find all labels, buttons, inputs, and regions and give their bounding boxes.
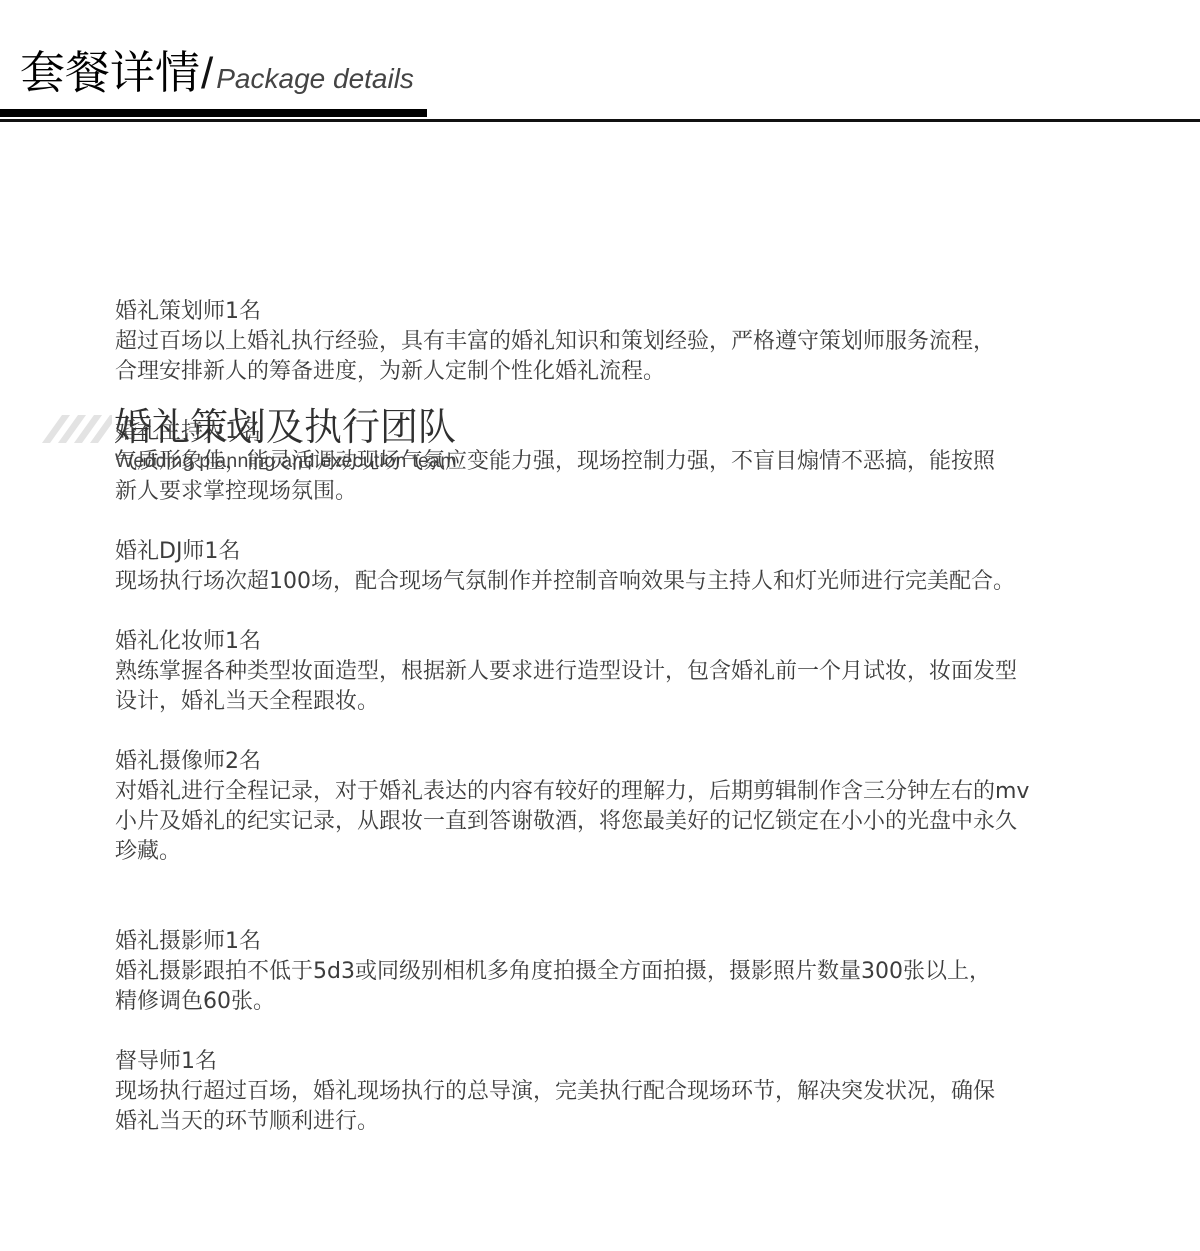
role-description-line: 超过百场以上婚礼执行经验，具有丰富的婚礼知识和策划经验，严格遵守策划师服务流程， [115,327,1175,357]
page-header: 套餐详情 / Package details [0,0,1200,125]
role-title: 督导师1名 [115,1047,1175,1077]
role-title: 婚礼化妆师1名 [115,627,1175,657]
role-item-makeup-artist: 婚礼化妆师1名 熟练掌握各种类型妆面造型，根据新人要求进行造型设计，包含婚礼前一… [115,627,1175,717]
role-description-line: 新人要求掌控现场氛围。 [115,477,1175,507]
role-description-line: 婚礼摄影跟拍不低于5d3或同级别相机多角度拍摄全方面拍摄，摄影照片数量300张以… [115,957,1175,987]
role-item-videographer: 婚礼摄像师2名 对婚礼进行全程记录，对于婚礼表达的内容有较好的理解力，后期剪辑制… [115,747,1175,867]
role-description-line: 珍藏。 [115,837,1175,867]
team-roles-list: 婚礼策划师1名 超过百场以上婚礼执行经验，具有丰富的婚礼知识和策划经验，严格遵守… [115,297,1175,1137]
page-title: 套餐详情 / Package details [20,44,414,102]
page-title-en: Package details [216,50,414,108]
role-item-photographer: 婚礼摄影师1名 婚礼摄影跟拍不低于5d3或同级别相机多角度拍摄全方面拍摄，摄影照… [115,927,1175,1017]
role-item-dj: 婚礼DJ师1名 现场执行场次超100场，配合现场气氛制作并控制音响效果与主持人和… [115,537,1175,597]
diagonal-stripes-icon [40,415,112,443]
section-header: 婚礼策划及执行团队 Wedding planning and execution… [0,200,1200,280]
role-description-line: 精修调色60张。 [115,987,1175,1017]
header-divider [0,119,1200,122]
role-description-line: 现场执行超过百场，婚礼现场执行的总导演，完美执行配合现场环节，解决突发状况，确保 [115,1077,1175,1107]
role-description-line: 小片及婚礼的纪实记录，从跟妆一直到答谢敬酒，将您最美好的记忆锁定在小小的光盘中永… [115,807,1175,837]
role-title: 婚礼策划师1名 [115,297,1175,327]
role-description-line: 设计，婚礼当天全程跟妆。 [115,687,1175,717]
role-description-line: 婚礼当天的环节顺利进行。 [115,1107,1175,1137]
role-item-planner: 婚礼策划师1名 超过百场以上婚礼执行经验，具有丰富的婚礼知识和策划经验，严格遵守… [115,297,1175,387]
title-separator: / [201,45,213,103]
role-title: 婚礼摄像师2名 [115,747,1175,777]
role-title: 婚礼摄影师1名 [115,927,1175,957]
role-title: 婚礼DJ师1名 [115,537,1175,567]
header-accent-bar [0,109,427,117]
role-item-host: 婚礼主持人1名 气质形象佳，能灵活调动现场气氛应变能力强，现场控制力强，不盲目煽… [115,417,1175,507]
role-title: 婚礼主持人1名 [115,417,1175,447]
page-title-cn: 套餐详情 [20,44,200,102]
role-description-line: 对婚礼进行全程记录，对于婚礼表达的内容有较好的理解力，后期剪辑制作含三分钟左右的… [115,777,1175,807]
role-description-line: 合理安排新人的筹备进度，为新人定制个性化婚礼流程。 [115,357,1175,387]
role-description-line: 熟练掌握各种类型妆面造型，根据新人要求进行造型设计，包含婚礼前一个月试妆，妆面发… [115,657,1175,687]
role-item-supervisor: 督导师1名 现场执行超过百场，婚礼现场执行的总导演，完美执行配合现场环节，解决突… [115,1047,1175,1137]
role-description-line: 现场执行场次超100场，配合现场气氛制作并控制音响效果与主持人和灯光师进行完美配… [115,567,1175,597]
role-description-line: 气质形象佳，能灵活调动现场气氛应变能力强，现场控制力强，不盲目煽情不恶搞，能按照 [115,447,1175,477]
